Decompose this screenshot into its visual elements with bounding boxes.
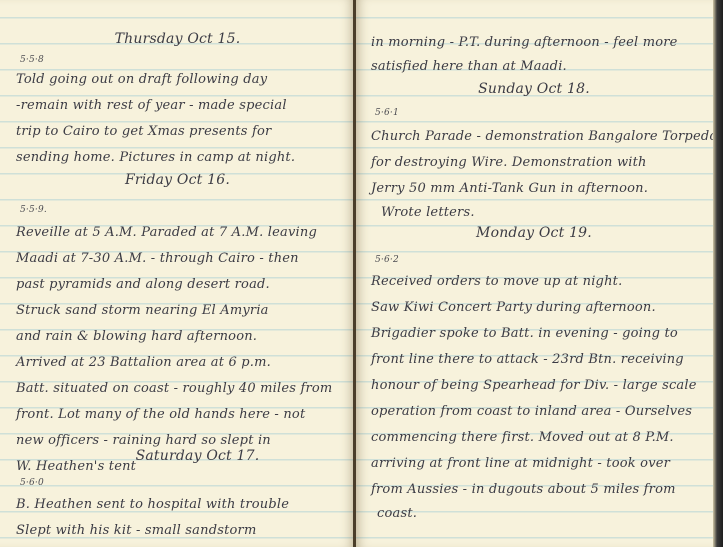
entry-code: 5·6·1 <box>355 104 713 122</box>
entry-line: Jerry 50 mm Anti-Tank Gun in afternoon. <box>355 180 713 198</box>
entry-line: Maadi at 7-30 A.M. - through Cairo - the… <box>0 250 355 268</box>
entry-line: operation from coast to inland area - Ou… <box>355 403 713 421</box>
entry-heading: Sunday Oct 18. <box>355 80 713 98</box>
diary-spread: Thursday Oct 15. 5·5·8 Told going out on… <box>0 0 723 547</box>
entry-line: past pyramids and along desert road. <box>0 276 355 294</box>
entry-line: front. Lot many of the old hands here - … <box>0 406 355 424</box>
entry-line: Slept with his kit - small sandstorm <box>0 522 355 540</box>
entry-line: trip to Cairo to get Xmas presents for <box>0 123 355 141</box>
continuation-line: satisfied here than at Maadi. <box>355 58 713 76</box>
entry-heading: Monday Oct 19. <box>355 224 713 242</box>
entry-line: sending home. Pictures in camp at night. <box>0 149 355 167</box>
entry-line: from Aussies - in dugouts about 5 miles … <box>355 481 713 499</box>
entry-line: for destroying Wire. Demonstration with <box>355 154 713 172</box>
left-page: Thursday Oct 15. 5·5·8 Told going out on… <box>0 0 355 547</box>
entry-line: honour of being Spearhead for Div. - lar… <box>355 377 713 395</box>
entry-line: B. Heathen sent to hospital with trouble <box>0 496 355 514</box>
entry-line: Arrived at 23 Battalion area at 6 p.m. <box>0 354 355 372</box>
right-page: in morning - P.T. during afternoon - fee… <box>355 0 713 547</box>
entry-code: 5·5·9. <box>0 201 355 219</box>
entry-line: arriving at front line at midnight - too… <box>355 455 713 473</box>
entry-line: front line there to attack - 23rd Btn. r… <box>355 351 713 369</box>
entry-line: Brigadier spoke to Batt. in evening - go… <box>355 325 713 343</box>
continuation-line: in morning - P.T. during afternoon - fee… <box>355 34 713 52</box>
entry-line: coast. <box>355 505 713 523</box>
entry-heading: Saturday Oct 17. <box>0 447 355 465</box>
entry-line: -remain with rest of year - made special <box>0 97 355 115</box>
entry-line: Struck sand storm nearing El Amyria <box>0 302 355 320</box>
book-gutter <box>353 0 356 547</box>
entry-line: commencing there first. Moved out at 8 P… <box>355 429 713 447</box>
entry-code: 5·5·8 <box>0 51 355 69</box>
entry-heading: Friday Oct 16. <box>0 171 355 189</box>
entry-code: 5·6·0 <box>0 474 355 492</box>
entry-line: and rain & blowing hard afternoon. <box>0 328 355 346</box>
entry-code: 5·6·2 <box>355 251 713 269</box>
entry-line: Told going out on draft following day <box>0 71 355 89</box>
book-edge <box>713 0 723 547</box>
entry-line: Batt. situated on coast - roughly 40 mil… <box>0 380 355 398</box>
entry-line: Reveille at 5 A.M. Paraded at 7 A.M. lea… <box>0 224 355 242</box>
entry-heading: Thursday Oct 15. <box>0 30 355 48</box>
entry-line: Church Parade - demonstration Bangalore … <box>355 128 713 146</box>
entry-line: Received orders to move up at night. <box>355 273 713 291</box>
entry-line: Saw Kiwi Concert Party during afternoon. <box>355 299 713 317</box>
entry-line: Wrote letters. <box>355 204 713 222</box>
